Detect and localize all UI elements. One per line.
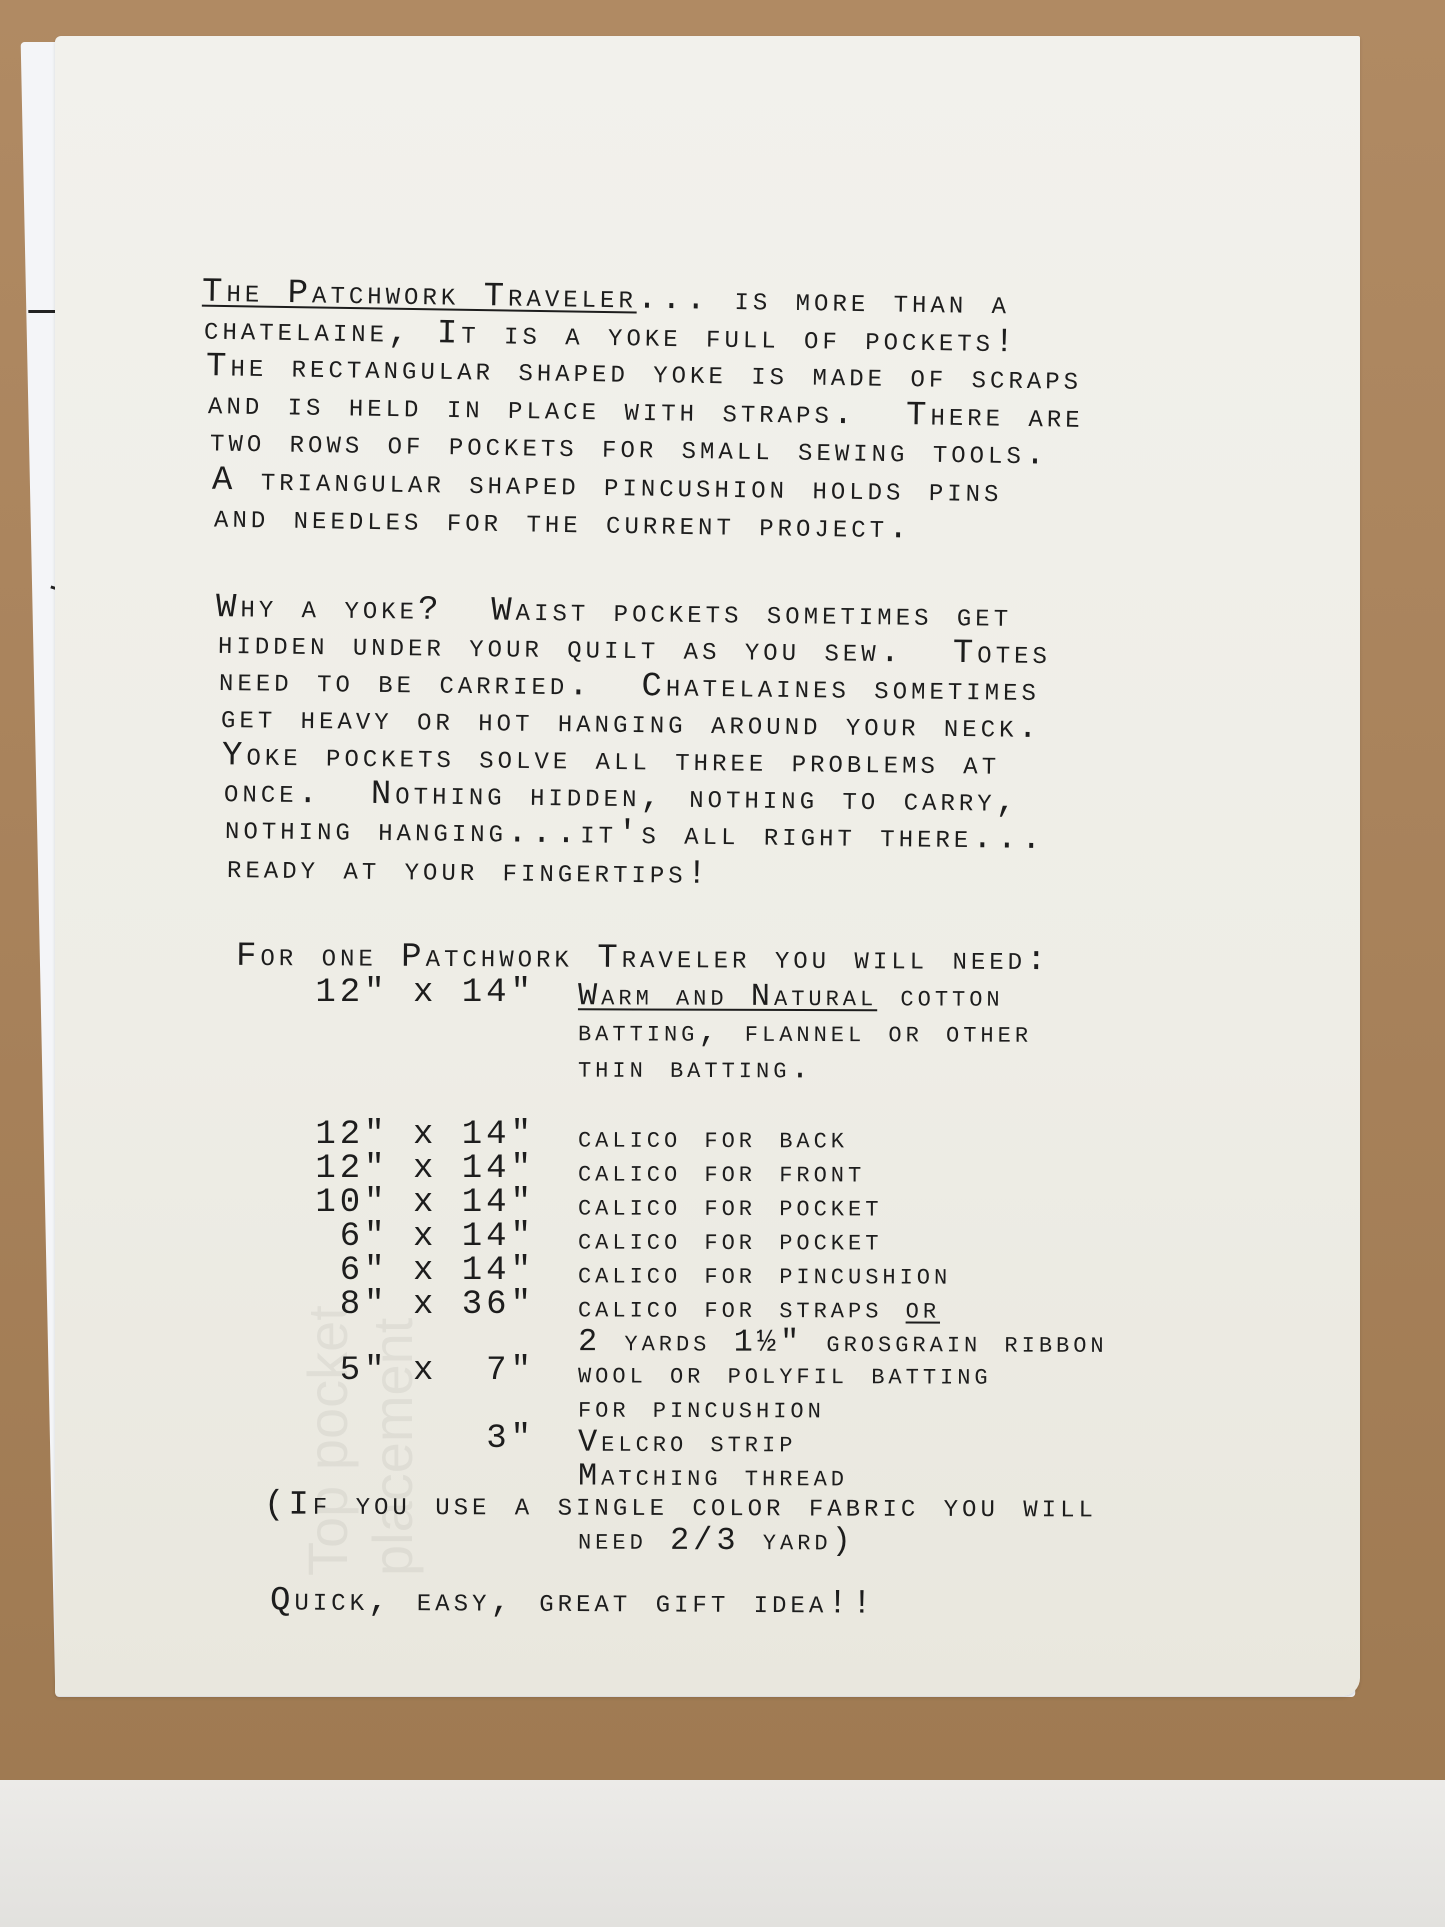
closing-line: Quick, easy, great gift idea!! (270, 1584, 876, 1621)
material-description: batting, flannel or other (578, 1013, 1032, 1052)
material-description: calico for pocket (578, 1221, 883, 1259)
closing-text: Quick, easy, great gift idea!! (270, 1582, 876, 1623)
material-description: calico for pocket (578, 1187, 883, 1225)
material-text: Velcro strip (578, 1424, 797, 1462)
why-line: nothing hanging...it's all right there..… (225, 813, 1046, 857)
material-text: calico for straps (578, 1289, 906, 1327)
material-size: 12" x 14" (295, 1150, 535, 1188)
material-size: 6" x 14" (295, 1252, 535, 1290)
material-description: calico for pincushion (578, 1255, 951, 1293)
why-text: ready at your fingertips! (226, 850, 710, 894)
material-text: thin batting. (578, 1050, 814, 1088)
material-size: 8" x 36" (295, 1286, 535, 1324)
material-size: 6" x 14" (295, 1218, 535, 1256)
emphasis-or: or (906, 1291, 941, 1328)
material-description: wool or polyfil batting (578, 1355, 992, 1393)
note-line: (If you use a single color fabric you wi… (264, 1489, 1097, 1526)
material-size: 10" x 14" (295, 1184, 535, 1222)
material-text: calico for pincushion (578, 1255, 951, 1293)
material-size: 3" (295, 1420, 535, 1458)
brand-name: Warm and Natural (578, 977, 877, 1015)
material-description: calico for straps or (578, 1289, 940, 1327)
material-description: Velcro strip (578, 1424, 797, 1462)
material-text: calico for back (578, 1120, 848, 1158)
material-size: 5" x 7" (295, 1352, 535, 1390)
material-description: calico for back (578, 1120, 848, 1158)
material-size: 12" x 14" (295, 1116, 535, 1154)
material-text: calico for pocket (578, 1187, 883, 1225)
material-text: for pincushion (578, 1390, 825, 1428)
material-description: for pincushion (578, 1390, 825, 1428)
material-text: calico for front (578, 1153, 865, 1191)
material-text: cotton (877, 978, 1004, 1015)
note-text: need 2/3 yard) (578, 1522, 855, 1560)
why-line: ready at your fingertips! (226, 852, 710, 892)
table-surface (0, 1780, 1445, 1927)
note-line: need 2/3 yard) (578, 1522, 855, 1560)
material-size: 12" x 14" (295, 974, 535, 1012)
intro-text: ... is more than a (637, 280, 1011, 324)
materials-heading: For one Patchwork Traveler you will need… (236, 940, 1051, 978)
material-text: wool or polyfil batting (578, 1355, 992, 1393)
material-description: thin batting. (578, 1050, 814, 1088)
material-text: calico for pocket (578, 1221, 883, 1259)
material-description: calico for front (578, 1153, 865, 1191)
material-description: Warm and Natural cotton (578, 977, 1004, 1015)
material-text: batting, flannel or other (578, 1013, 1032, 1052)
